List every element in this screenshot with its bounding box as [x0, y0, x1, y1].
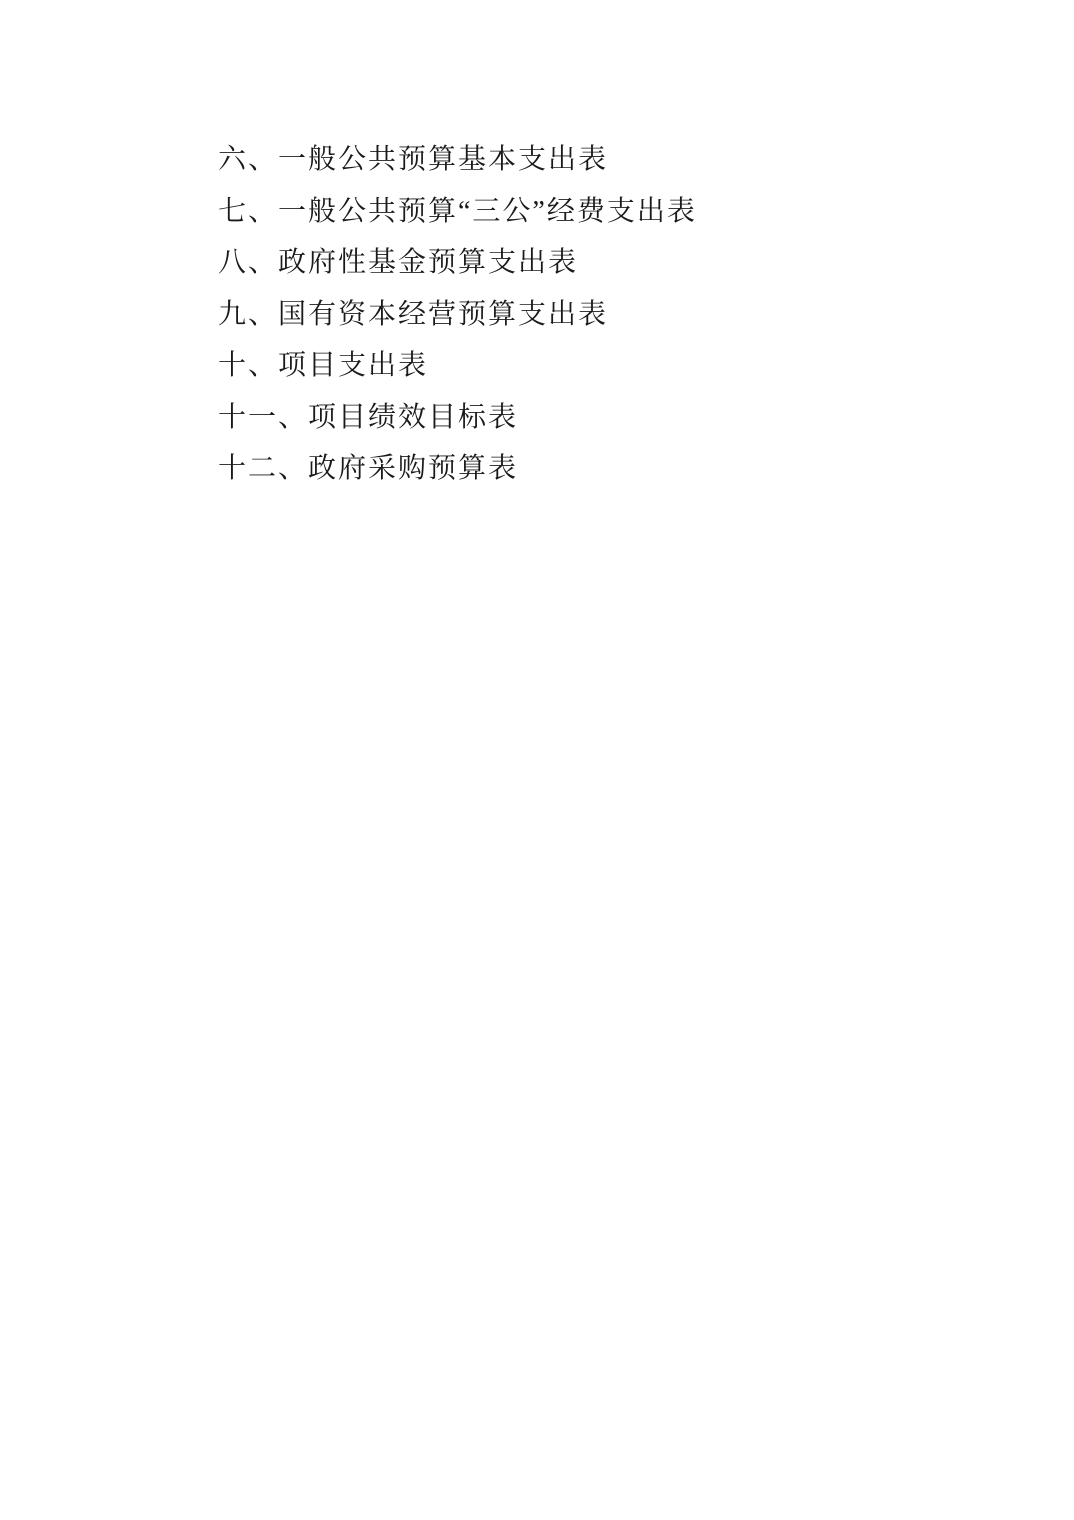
toc-item-9: 九、国有资本经营预算支出表	[218, 289, 938, 341]
toc-item-12: 十二、政府采购预算表	[218, 443, 938, 495]
document-page: 六、一般公共预算基本支出表 七、一般公共预算“三公”经费支出表 八、政府性基金预…	[0, 0, 1074, 1520]
toc-list: 六、一般公共预算基本支出表 七、一般公共预算“三公”经费支出表 八、政府性基金预…	[218, 134, 938, 495]
toc-item-8: 八、政府性基金预算支出表	[218, 237, 938, 289]
toc-item-6: 六、一般公共预算基本支出表	[218, 134, 938, 186]
toc-item-10: 十、项目支出表	[218, 340, 938, 392]
toc-item-7: 七、一般公共预算“三公”经费支出表	[218, 186, 938, 238]
toc-item-11: 十一、项目绩效目标表	[218, 392, 938, 444]
